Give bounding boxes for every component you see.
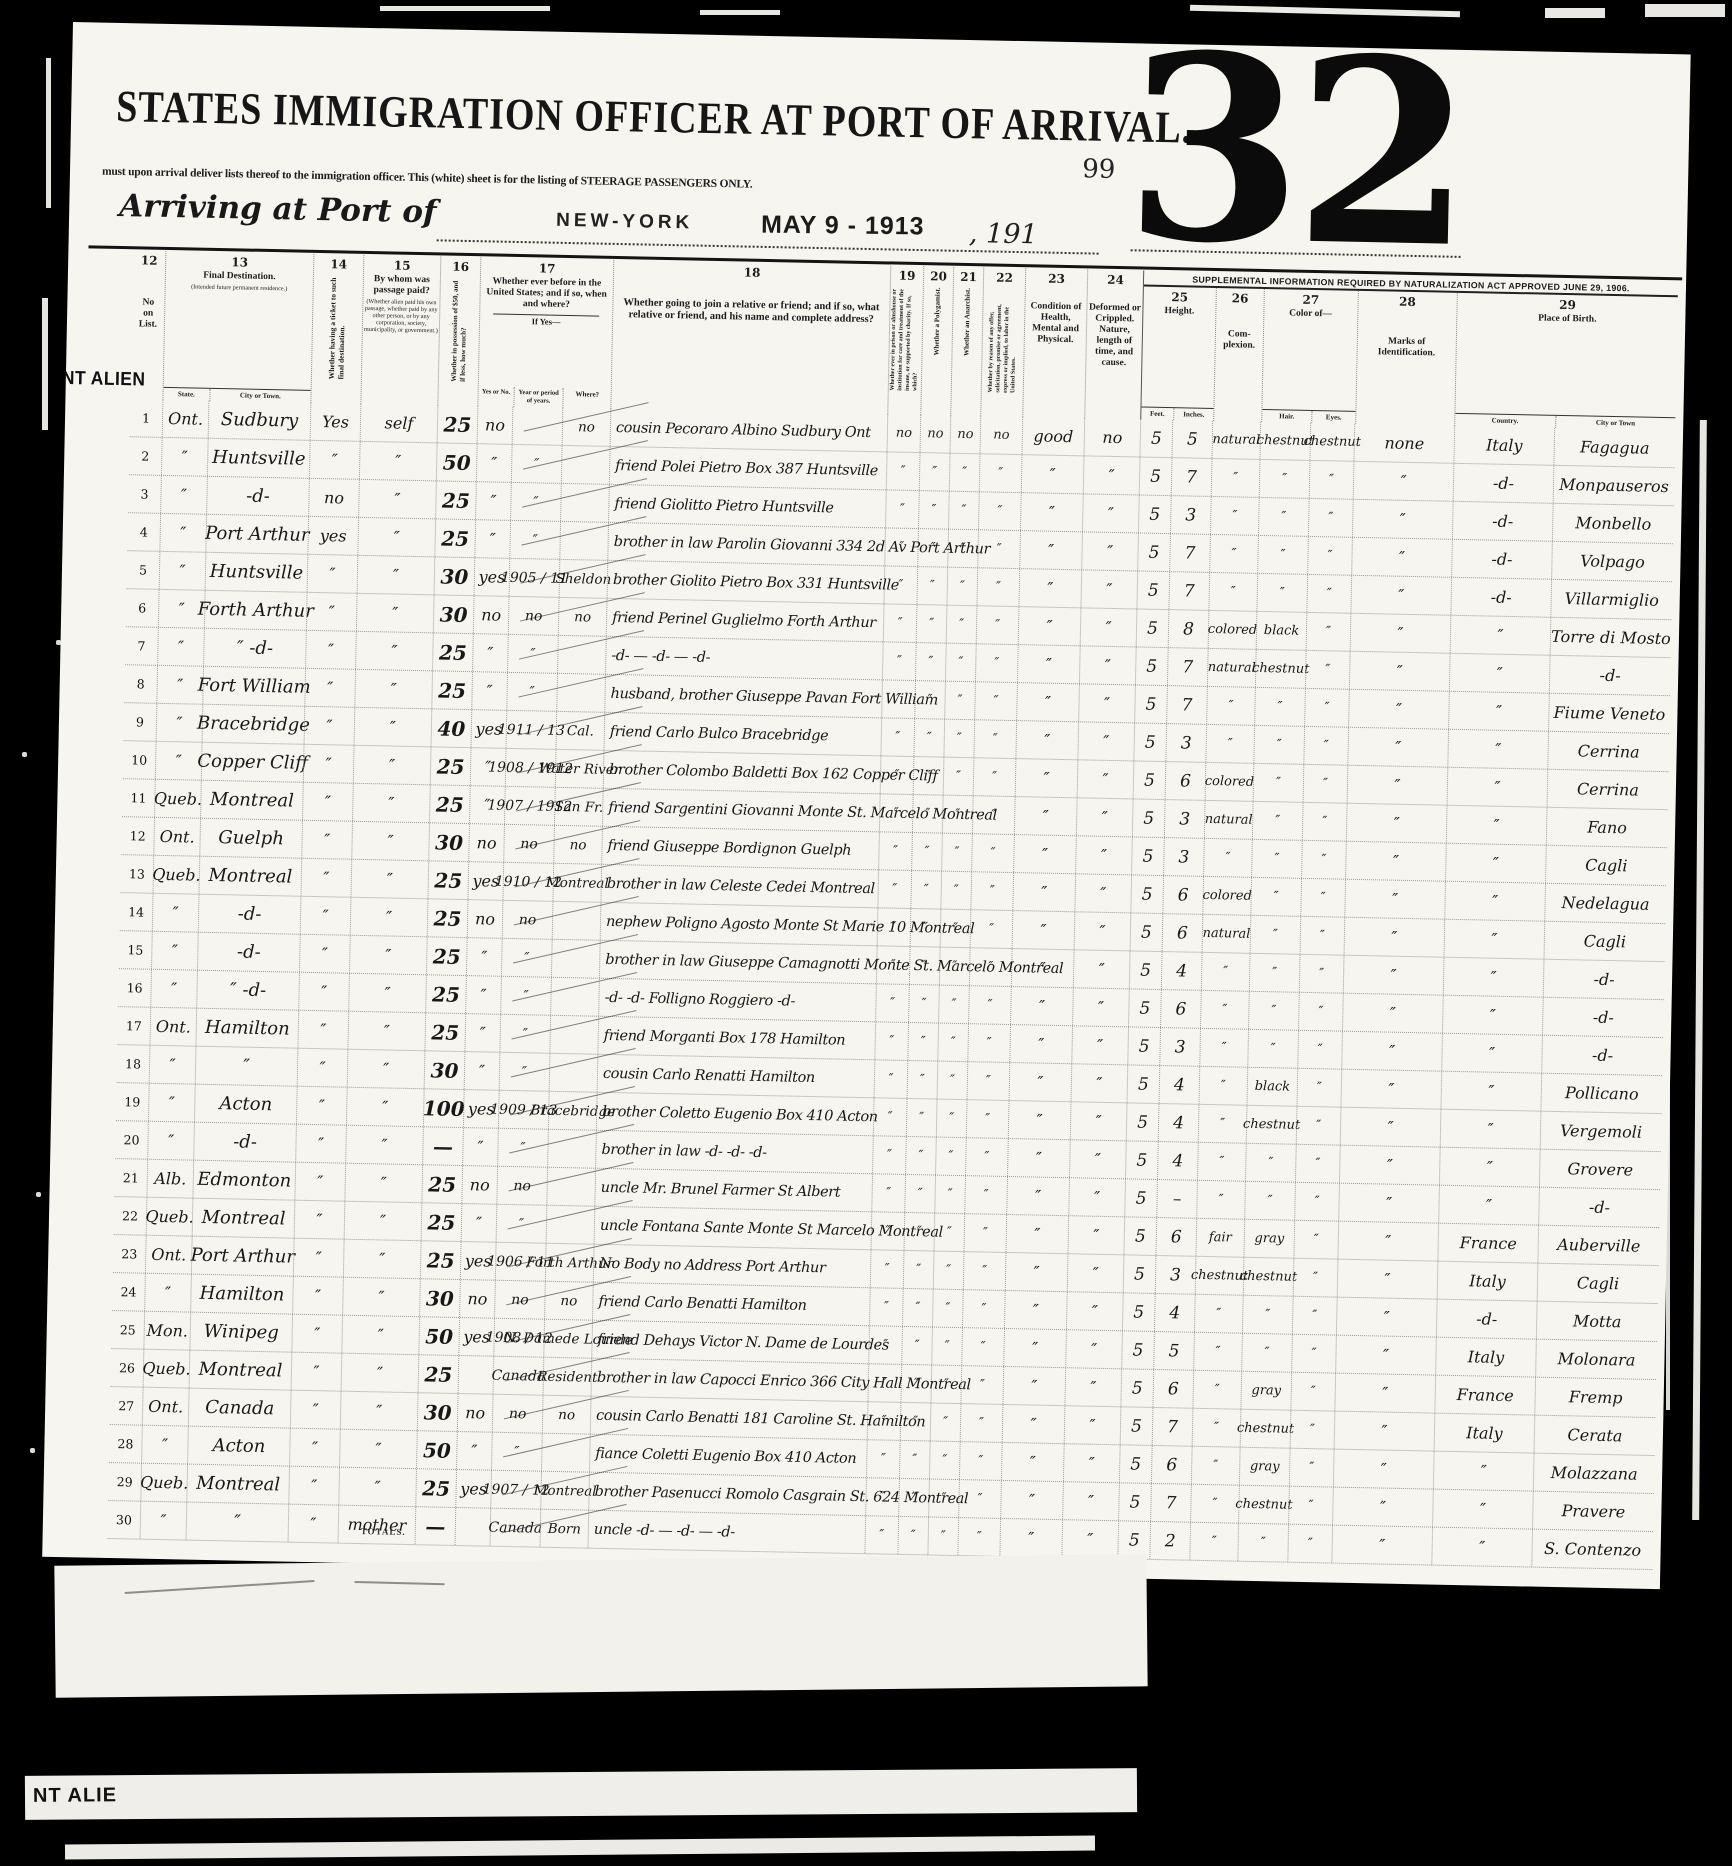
cell-passage-paid-by: ″ (347, 1050, 425, 1089)
cell-before-where (550, 978, 599, 1016)
money-value: 25 (443, 412, 471, 437)
ditto-mark: ″ (996, 580, 1001, 595)
cell-city: Hamilton (190, 1275, 293, 1314)
birth-city-value: Cagli (1577, 1273, 1620, 1293)
ticket-value: Yes (322, 412, 349, 432)
scan-speck (22, 752, 27, 757)
cell-birth-city: Vergemoli (1540, 1112, 1662, 1151)
health-value: ″ (1049, 465, 1055, 484)
cell-birth-country: ″ (1433, 1452, 1534, 1491)
col-number: 13 (231, 252, 248, 269)
birth-country-value: -d- (1492, 512, 1513, 531)
cell-health: ″ (1002, 1367, 1065, 1405)
cell-list-number: 3 (128, 475, 161, 513)
cell-deformed: ″ (1064, 1406, 1121, 1444)
cell-passage-paid-by: ″ (356, 594, 434, 633)
hair-value: chestnut (1237, 1421, 1295, 1437)
hair-value: ″ (1267, 1193, 1272, 1208)
cell-anarchist: ″ (938, 986, 969, 1024)
birth-country-value: France (1460, 1233, 1517, 1253)
cell-passage-paid-by: ″ (349, 936, 427, 975)
state-value: Ont. (148, 1397, 183, 1417)
before-where-value: no (574, 609, 591, 625)
cell-marks: ″ (1339, 1146, 1440, 1185)
inches-value: 4 (1169, 1303, 1180, 1323)
ditto-mark: ″ (990, 884, 995, 899)
port-value: NEW-YORK (556, 210, 694, 235)
ditto-mark: ″ (961, 503, 966, 518)
deformed-value: ″ (1094, 1188, 1100, 1207)
deformed-value: ″ (1090, 1378, 1096, 1397)
feet-value: 5 (1147, 618, 1158, 638)
ditto-mark: ″ (920, 1072, 925, 1087)
hair-value: ″ (1282, 471, 1287, 486)
ditto-mark: ″ (947, 1225, 952, 1240)
complexion-value: colored (1205, 774, 1255, 790)
corner-number: 99 (1082, 154, 1116, 185)
money-value: — (425, 1514, 445, 1538)
marks-value: ″ (1381, 1422, 1387, 1441)
before-year-value: no (509, 1406, 527, 1422)
eyes-value: ″ (1323, 776, 1328, 791)
health-value: ″ (1041, 883, 1047, 902)
list-number: 14 (128, 904, 144, 919)
cell-passage-paid-by: self (360, 404, 438, 443)
inches-value: 4 (1173, 1113, 1184, 1133)
ditto-mark: ″ (990, 846, 995, 861)
list-number: 10 (131, 752, 147, 767)
feet-value: 5 (1144, 770, 1155, 790)
cell-ticket: ″ (288, 1505, 339, 1543)
list-number: 15 (127, 942, 143, 957)
money-value: 25 (427, 1248, 455, 1273)
feet-value: 5 (1143, 808, 1154, 828)
birth-city-value: Cerrina (1577, 779, 1639, 799)
cell-health: ″ (1002, 1405, 1065, 1443)
cell-city: Sudbury (208, 401, 311, 440)
feet-value: 5 (1134, 1264, 1145, 1284)
cell-polygamist: ″ (915, 643, 946, 681)
cell-ticket: ″ (299, 935, 350, 973)
cell-birth-city: -d- (1543, 960, 1665, 999)
ticket-value: ″ (319, 1058, 325, 1077)
inches-value: 2 (1165, 1531, 1176, 1551)
cell-before-year (512, 407, 563, 445)
cell-height-inches: 7 (1169, 534, 1210, 572)
cell-money: 30 (428, 823, 469, 861)
col-number: 28 (1399, 292, 1416, 309)
cell-state: Ont. (145, 1236, 192, 1274)
col-number: 18 (744, 263, 761, 280)
cell-before-where (559, 522, 608, 560)
city-value: Bracebridge (197, 713, 310, 736)
inches-value: 7 (1165, 1493, 1176, 1513)
list-number: 5 (139, 562, 147, 577)
cell-birth-city: Monpauseros (1553, 466, 1675, 505)
cell-height-inches: 3 (1165, 724, 1206, 762)
cell-deformed: ″ (1067, 1216, 1124, 1254)
complexion-value: fair (1209, 1230, 1232, 1245)
col-label-line: List. (139, 319, 157, 329)
money-value: 25 (432, 982, 460, 1007)
eyes-value: ″ (1309, 1460, 1314, 1475)
hair-value: ″ (1280, 547, 1285, 562)
cell-passage-paid-by: ″ (343, 1240, 421, 1279)
list-number: 3 (140, 486, 148, 501)
health-value: ″ (1047, 579, 1053, 598)
marks-value: ″ (1392, 890, 1398, 909)
cell-hair: gray (1243, 1220, 1294, 1258)
complexion-value: natural (1212, 432, 1260, 448)
cell-money: — (422, 1127, 463, 1165)
cell-health: ″ (1013, 835, 1076, 873)
list-number: 22 (122, 1208, 138, 1223)
cell-list-number: 25 (111, 1311, 144, 1349)
cell-height-inches: 6 (1155, 1218, 1196, 1256)
cell-before-where (552, 902, 601, 940)
money-value: 30 (430, 1058, 458, 1083)
birth-country-value: -d- (1476, 1309, 1497, 1328)
cell-height-feet: 5 (1118, 1483, 1151, 1521)
paid-by-value: ″ (386, 907, 392, 926)
cell-health: ″ (1012, 873, 1075, 911)
cell-state: ″ (160, 476, 207, 514)
complexion-value: ″ (1231, 584, 1236, 599)
cell-prison-charity: ″ (878, 832, 912, 870)
cell-before-year: ″ (499, 1053, 550, 1091)
state-value: ″ (171, 979, 177, 998)
cell-health: ″ (1009, 1025, 1072, 1063)
cell-state: ″ (155, 742, 202, 780)
cell-before-where (556, 674, 605, 712)
cell-money: 50 (416, 1431, 457, 1469)
under-sheet (65, 1836, 1095, 1860)
cell-relative-friend: friend Carlo Benatti Hamilton (592, 1283, 870, 1326)
cell-hair: ″ (1244, 1182, 1295, 1220)
money-value: 25 (436, 792, 464, 817)
state-value: Queb. (142, 1359, 191, 1379)
cell-eyes: ″ (1294, 1183, 1339, 1221)
ditto-mark: ″ (948, 1149, 953, 1164)
cell-birth-city: Molonara (1535, 1340, 1657, 1379)
feet-value: 5 (1136, 1150, 1147, 1170)
cell-health: ″ (1009, 1063, 1072, 1101)
inches-value: 6 (1166, 1455, 1177, 1475)
cell-city: Fort William (202, 667, 305, 706)
cell-deformed: ″ (1062, 1482, 1119, 1520)
subcol-hair: Hair. (1262, 410, 1312, 423)
before-yes-no-value: ″ (481, 947, 487, 966)
cell-labor-offer: ″ (970, 910, 1013, 948)
complexion-value: ″ (1214, 1420, 1219, 1435)
cell-height-inches: 6 (1160, 990, 1201, 1028)
health-value: ″ (1033, 1263, 1039, 1282)
ditto-mark: ″ (978, 1453, 983, 1468)
health-value: ″ (1049, 503, 1055, 522)
cell-before-yes-no: no (468, 824, 504, 862)
cell-list-number: 13 (121, 855, 154, 893)
paid-by-value: ″ (394, 528, 400, 547)
cell-height-feet: 5 (1123, 1217, 1156, 1255)
cell-health: ″ (1001, 1443, 1064, 1481)
col-header-17: 17 Whether ever before in the United Sta… (477, 257, 613, 409)
inches-value: 3 (1178, 847, 1189, 867)
cell-height-feet: 5 (1127, 1065, 1160, 1103)
cell-city: Winipeg (189, 1313, 292, 1352)
complexion-value: ″ (1212, 1534, 1217, 1549)
cell-complexion: natural (1204, 801, 1253, 839)
relative-value: No Body no Address Port Arthur (599, 1255, 826, 1276)
cell-anarchist: ″ (931, 1328, 962, 1366)
ditto-mark: ″ (977, 1529, 982, 1544)
cell-eyes: ″ (1304, 689, 1349, 727)
list-number: 6 (138, 600, 146, 615)
before-year-value: no (513, 1178, 531, 1194)
complexion-value: colored (1208, 622, 1258, 638)
cell-birth-country: Italy (1453, 426, 1554, 465)
cell-eyes: ″ (1292, 1297, 1337, 1335)
cell-list-number: 7 (125, 627, 158, 665)
cell-before-year: no (496, 1167, 547, 1205)
feet-value: 5 (1145, 694, 1156, 714)
cell-deformed: ″ (1080, 570, 1137, 608)
inches-value: 6 (1177, 923, 1188, 943)
money-value: 25 (438, 678, 466, 703)
state-value: ″ (162, 1435, 168, 1454)
cell-eyes: ″ (1302, 803, 1347, 841)
cell-before-where: no (558, 598, 607, 636)
cell-before-where: Cal. (556, 712, 605, 750)
before-where-value: Montreal (546, 874, 609, 891)
cell-deformed: ″ (1075, 836, 1132, 874)
ditto-mark: ″ (979, 1415, 984, 1430)
cell-relative-friend: nephew Poligno Agosto Monte St Marie 10 … (600, 903, 878, 946)
cell-before-year: ″ (501, 939, 552, 977)
marks-value: ″ (1386, 1194, 1392, 1213)
ditto-mark: ″ (995, 618, 1000, 633)
ditto-mark: ″ (998, 466, 1003, 481)
birth-city-value: Grovere (1567, 1159, 1633, 1179)
cell-before-yes-no: ″ (462, 1128, 498, 1166)
cell-height-inches: 4 (1157, 1142, 1198, 1180)
inches-value: 4 (1176, 961, 1187, 981)
birth-country-value: -d- (1493, 474, 1514, 493)
subcol-state: State. (163, 388, 209, 401)
cell-ticket: ″ (296, 1087, 347, 1125)
inches-value: 7 (1167, 1417, 1178, 1437)
cell-deformed: ″ (1067, 1254, 1124, 1292)
cell-ticket: Yes (310, 403, 361, 441)
cell-deformed: ″ (1071, 1064, 1128, 1102)
cell-before-year: ″ (506, 673, 557, 711)
before-yes-no-value: ″ (480, 985, 486, 1004)
cell-marks: ″ (1332, 1488, 1433, 1527)
feet-value: 5 (1142, 884, 1153, 904)
birth-country-value: ″ (1481, 1462, 1487, 1481)
cell-anarchist: ″ (946, 568, 977, 606)
ticket-value: ″ (314, 1324, 320, 1343)
ditto-mark: ″ (924, 882, 929, 897)
birth-city-value: Cagli (1584, 932, 1627, 952)
cell-anarchist: ″ (937, 1024, 968, 1062)
feet-value: 5 (1139, 998, 1150, 1018)
cell-passage-paid-by: ″ (359, 442, 437, 481)
complexion-value: ″ (1223, 964, 1228, 979)
eyes-value: ″ (1312, 1308, 1317, 1323)
eyes-value: ″ (1314, 1194, 1319, 1209)
birth-city-value: Volpago (1580, 551, 1645, 571)
cell-passage-paid-by: ″ (350, 898, 428, 937)
cell-prison-charity: ″ (871, 1174, 905, 1212)
birth-country-value: ″ (1480, 1500, 1486, 1519)
list-number: 26 (119, 1360, 135, 1375)
if-yes-label: If Yes— (493, 313, 599, 327)
ditto-mark: ″ (954, 883, 959, 898)
before-yes-no-value: ″ (487, 643, 493, 662)
before-year-value: ″ (520, 1140, 526, 1156)
birth-city-value: -d- (1589, 1198, 1610, 1217)
ditto-mark: ″ (984, 1150, 989, 1165)
cell-list-number: 21 (114, 1159, 147, 1197)
cell-complexion: ″ (1209, 535, 1258, 573)
cell-before-yes-no: ″ (464, 1014, 500, 1052)
ditto-mark: ″ (981, 1301, 986, 1316)
cell-labor-offer: no (980, 416, 1023, 454)
before-year-value: ″ (534, 456, 540, 472)
cell-polygamist: ″ (899, 1441, 930, 1479)
cell-deformed: ″ (1068, 1178, 1125, 1216)
ditto-mark: ″ (889, 1034, 894, 1049)
cell-polygamist: ″ (903, 1251, 934, 1289)
left-page-edge (46, 58, 51, 208)
cell-money: 25 (432, 633, 473, 671)
health-value: ″ (1040, 921, 1046, 940)
complexion-value: ″ (1215, 1382, 1220, 1397)
ticket-value: ″ (323, 868, 329, 887)
cell-complexion: ″ (1206, 687, 1255, 725)
cell-height-inches: 2 (1149, 1522, 1190, 1560)
ditto-mark: no (957, 427, 974, 442)
cell-health: ″ (1010, 987, 1073, 1025)
cell-before-where: Born (539, 1510, 588, 1548)
relative-value: friend Polei Pietro Box 387 Huntsville (615, 457, 878, 478)
ditto-mark: ″ (946, 1263, 951, 1278)
inches-value: 5 (1168, 1341, 1179, 1361)
col-header-20: 20 Whether a Polygamist. (920, 266, 953, 416)
year-blank: , 191 (969, 218, 1038, 250)
cell-health: good (1022, 417, 1085, 455)
cell-passage-paid-by: ″ (357, 556, 435, 595)
col-title: Deformed or Crippled. Nature, length of … (1086, 300, 1142, 371)
city-value: Hamilton (205, 1017, 290, 1040)
ditto-mark: ″ (924, 844, 929, 859)
city-value: Fort William (198, 675, 311, 698)
birth-city-value: Fagagua (1580, 437, 1650, 457)
city-value: Copper Cliff (197, 751, 308, 774)
cell-ticket: ″ (292, 1277, 343, 1315)
ticket-value: ″ (317, 1172, 323, 1191)
birth-city-value: Torre di Mosto (1551, 627, 1671, 648)
cell-before-yes-no: no (459, 1280, 495, 1318)
ditto-mark: ″ (879, 1527, 884, 1542)
cell-list-number: 22 (114, 1197, 147, 1235)
money-value: 50 (443, 450, 471, 475)
relative-value: uncle -d- — -d- — -d- (594, 1521, 735, 1540)
feet-value: 5 (1150, 466, 1161, 486)
deformed-value: ″ (1088, 1492, 1094, 1511)
ticket-value: ″ (316, 1210, 322, 1229)
cell-birth-city: Pravere (1532, 1492, 1654, 1531)
col-number: 19 (899, 266, 916, 283)
cell-polygamist: ″ (910, 871, 941, 909)
cell-health: ″ (1015, 759, 1078, 797)
cell-state: Alb. (146, 1160, 193, 1198)
cell-passage-paid-by: ″ (348, 974, 426, 1013)
inches-value: 7 (1181, 695, 1192, 715)
cell-height-inches: 4 (1161, 952, 1202, 990)
complexion-value: ″ (1213, 1458, 1218, 1473)
inches-value: 3 (1179, 809, 1190, 829)
before-yes-no-value: ″ (491, 453, 497, 472)
cell-relative-friend: brother Pasenucci Romolo Casgrain St. 62… (588, 1473, 866, 1516)
cell-hair: gray (1240, 1372, 1291, 1410)
complexion-value: ″ (1221, 1078, 1226, 1093)
ditto-mark: ″ (997, 542, 1002, 557)
cell-labor-offer: ″ (970, 872, 1013, 910)
port-label: Arriving at Port of (119, 188, 437, 230)
deformed-value: ″ (1097, 1036, 1103, 1055)
cell-ticket: ″ (301, 859, 352, 897)
cell-passage-paid-by: ″ (340, 1392, 418, 1431)
birth-country-value: ″ (1489, 1044, 1495, 1063)
before-where-value: San Fr. (554, 798, 603, 815)
cell-height-inches: 7 (1150, 1484, 1191, 1522)
birth-city-value: -d- (1593, 970, 1614, 989)
hair-value: ″ (1280, 585, 1285, 600)
before-year-value: ″ (523, 988, 529, 1004)
cell-before-where (561, 446, 610, 484)
cell-anarchist: ″ (935, 1138, 966, 1176)
health-value: ″ (1038, 1035, 1044, 1054)
cell-money: 25 (427, 899, 468, 937)
under-sheet (54, 1554, 1147, 1697)
birth-country-value: ″ (1493, 816, 1499, 835)
paid-by-value: ″ (384, 1021, 390, 1040)
cell-before-where (546, 1168, 595, 1206)
cell-state: Queb. (146, 1198, 193, 1236)
cell-before-where: N. Damede Lourde (543, 1320, 592, 1358)
cell-birth-country: ″ (1445, 844, 1546, 883)
cell-before-where: no (553, 826, 602, 864)
scan-speck (30, 1448, 35, 1453)
birth-country-value: Italy (1469, 1271, 1506, 1291)
list-number: 28 (117, 1436, 133, 1451)
ditto-mark: ″ (888, 1110, 893, 1125)
state-value: ″ (179, 561, 185, 580)
col-number: 26 (1232, 288, 1249, 305)
paid-by-value: ″ (388, 793, 394, 812)
money-value: 50 (423, 1438, 451, 1463)
birth-city-value: Fremp (1569, 1387, 1623, 1407)
ditto-mark: ″ (951, 997, 956, 1012)
list-number: 13 (129, 866, 145, 881)
cell-complexion: natural (1211, 421, 1260, 459)
state-value: Ont. (151, 1245, 186, 1265)
cell-money: — (415, 1507, 456, 1545)
cell-deformed: ″ (1061, 1520, 1118, 1558)
cell-money: 30 (419, 1279, 460, 1317)
cell-city: Huntsville (205, 553, 308, 592)
